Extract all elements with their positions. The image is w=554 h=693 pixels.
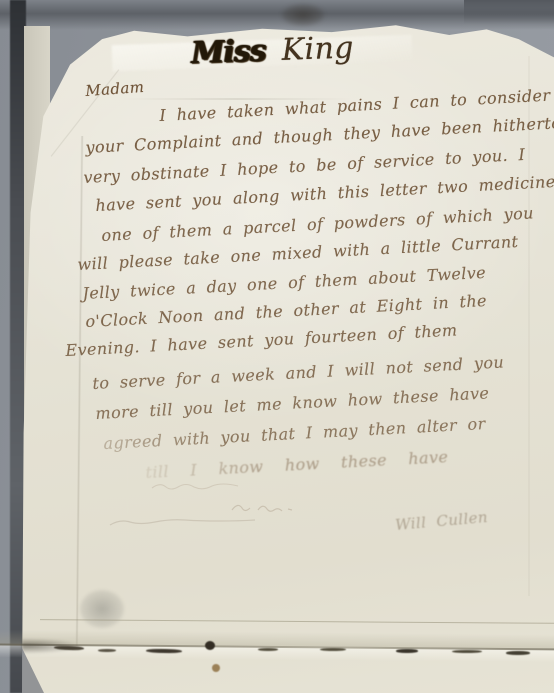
ink-stain	[282, 4, 324, 26]
fold-stain	[205, 641, 215, 650]
photo-background: MissKing Madam I have taken what pains I…	[0, 0, 554, 693]
vertical-crease	[75, 136, 83, 646]
top-right-edge-shadow	[464, 0, 554, 24]
fold-stain	[506, 651, 530, 655]
illegible-ink-remnant	[150, 480, 240, 492]
gray-smudge	[80, 590, 124, 628]
docket-word-miss: Miss	[191, 33, 267, 71]
fold-stain	[212, 664, 220, 672]
fold-tear	[22, 638, 82, 654]
fold-stain	[396, 649, 418, 653]
fold-stain	[98, 649, 116, 652]
fold-stain	[258, 648, 278, 651]
fold-stain	[320, 648, 346, 651]
right-margin-crease	[528, 56, 530, 596]
illegible-ink-remnant	[108, 516, 258, 530]
fold-stain	[452, 650, 482, 653]
illegible-ink-remnant	[230, 500, 330, 516]
docket-word-king: King	[281, 30, 354, 67]
docket-addressee: MissKing	[191, 30, 355, 71]
